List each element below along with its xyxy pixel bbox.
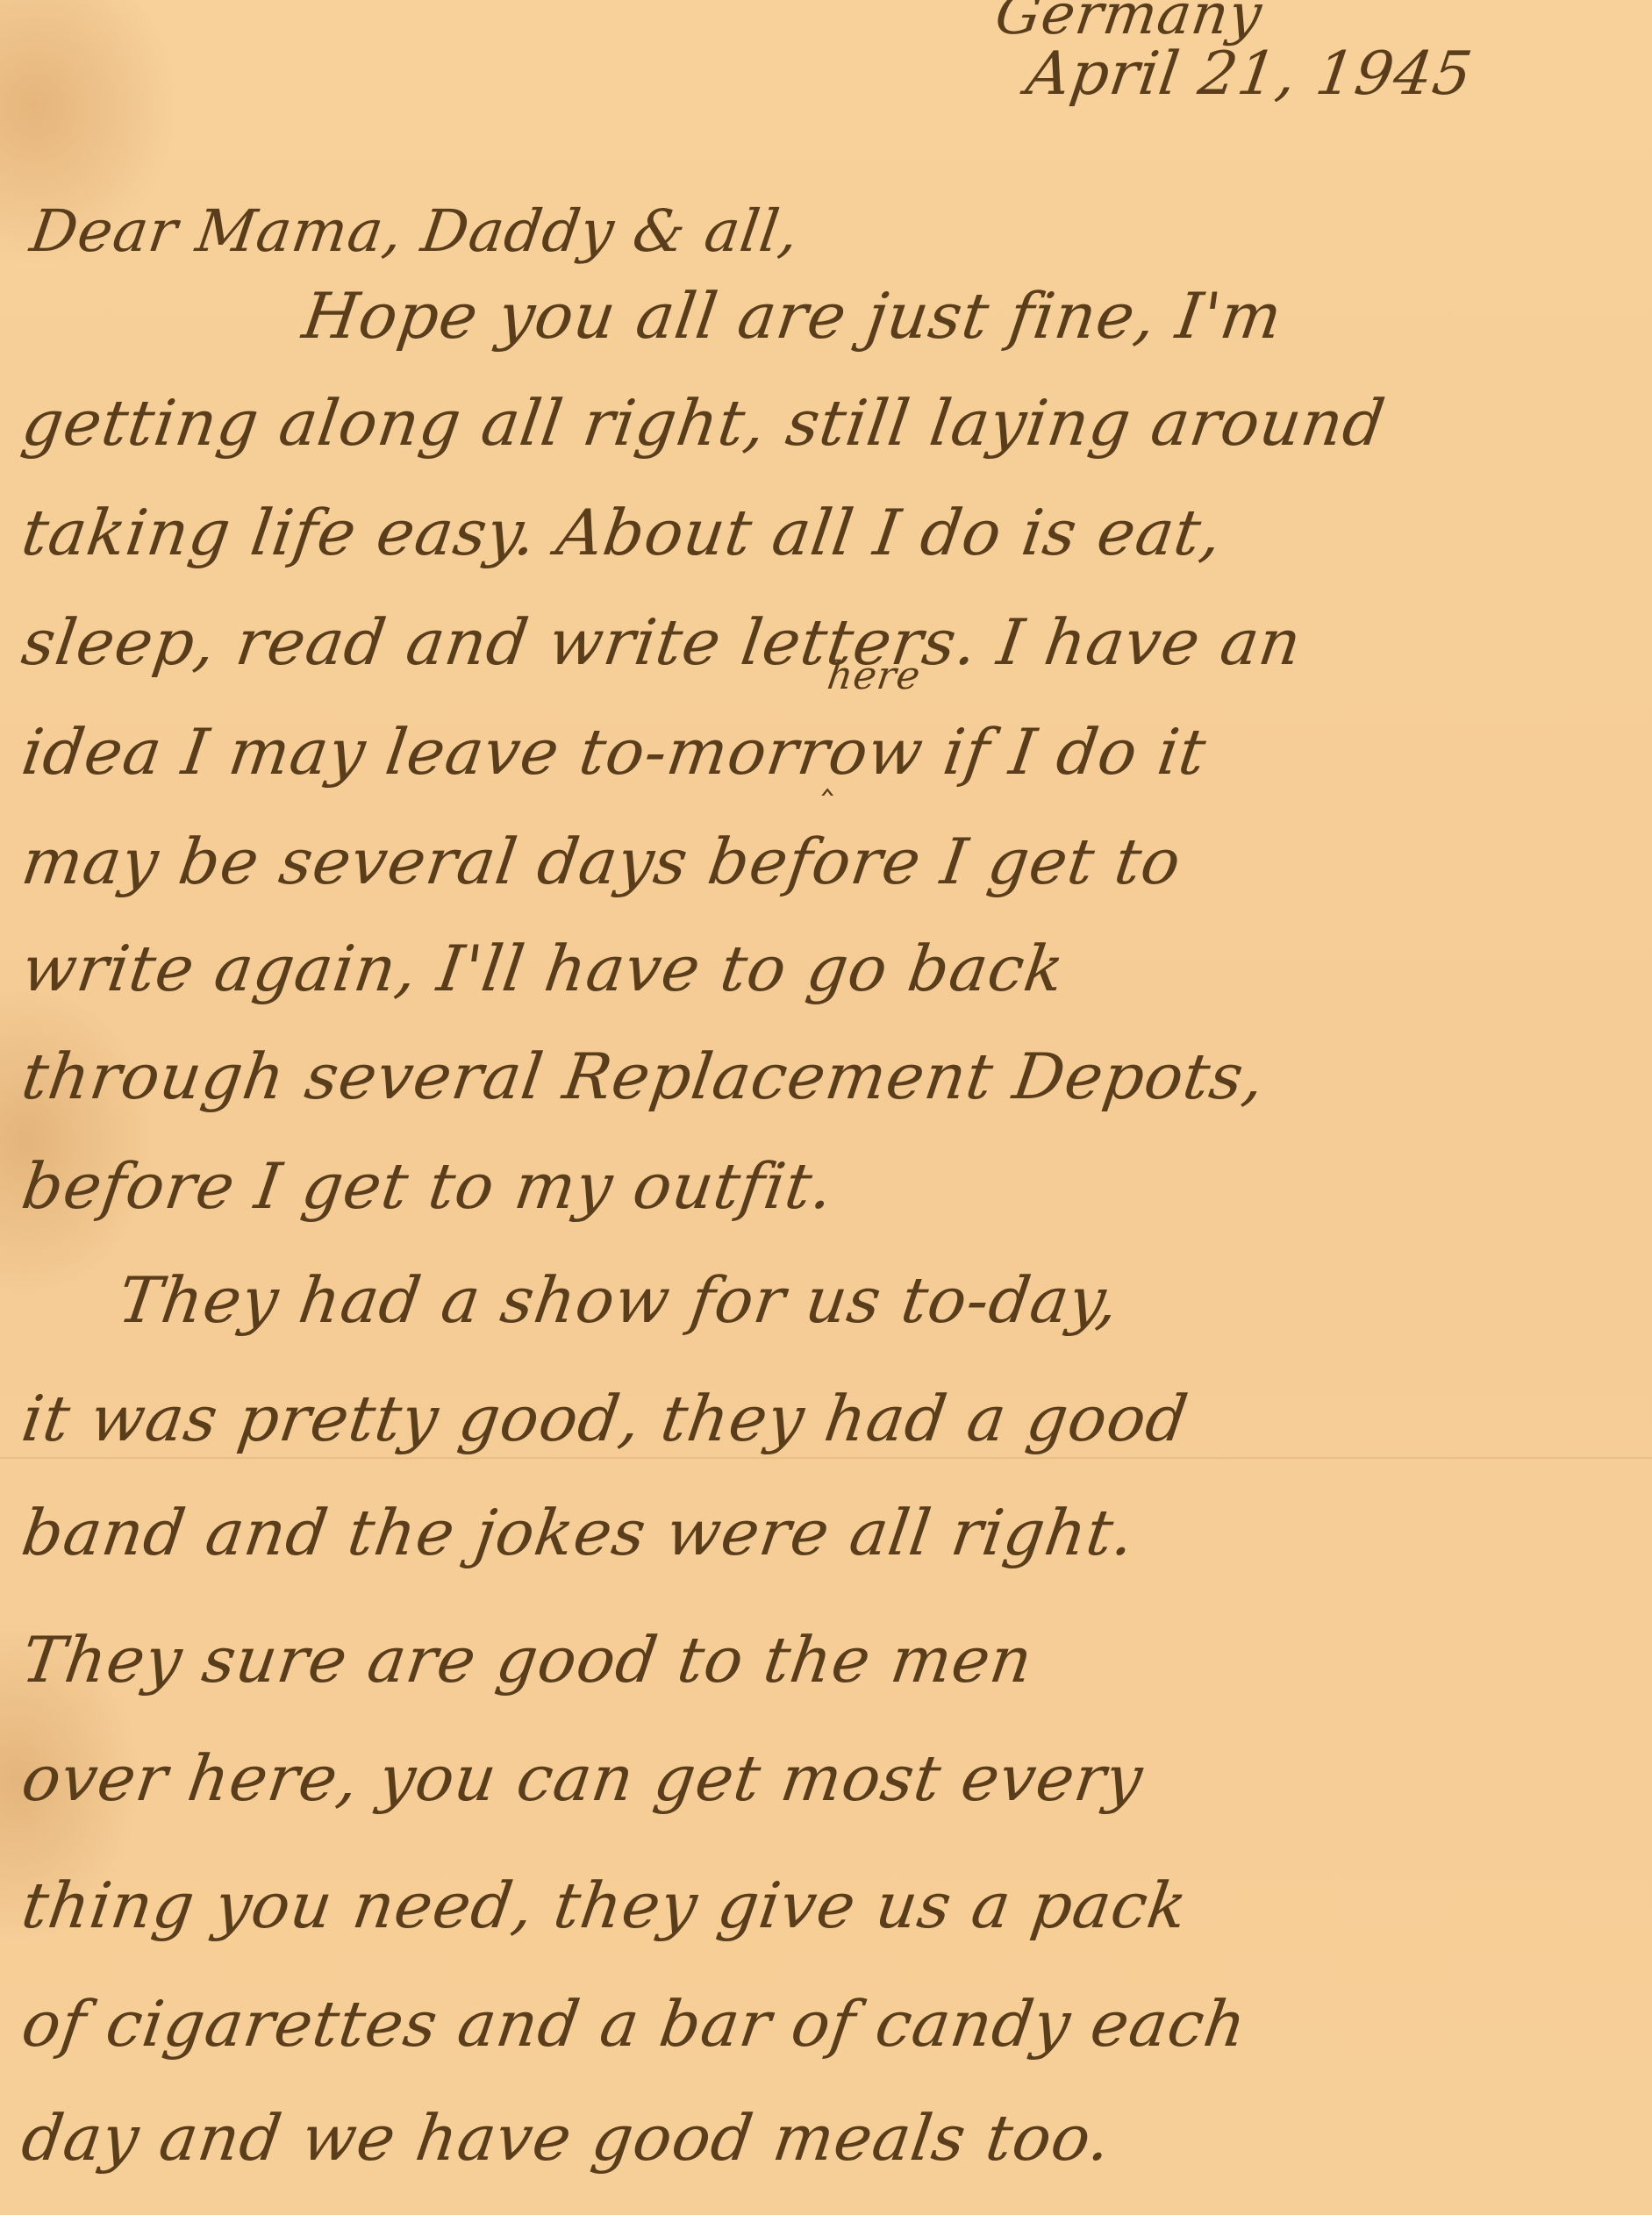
letter-line: over here, you can get most every (18, 1741, 1148, 1815)
letter-line: before I get to my outfit. (18, 1149, 838, 1223)
letter-line: sleep, read and write letters. I have an (18, 605, 1306, 679)
letter-line: idea I may leave to-morrow if I do it (18, 715, 1211, 789)
paper-fold-line (0, 1457, 1652, 1459)
letter-line: They sure are good to the men (18, 1623, 1037, 1697)
letter-line: may be several days before I get to (18, 825, 1186, 898)
letter-line: of cigarettes and a bar of candy each (18, 1987, 1251, 2061)
letter-line: taking life easy. About all I do is eat, (18, 496, 1227, 569)
letter-line: Hope you all are just fine, I'm (298, 279, 1287, 353)
letter-insertion: here (825, 654, 924, 698)
letter-salutation: Dear Mama, Daddy & all, (26, 197, 804, 265)
letter-line: band and the jokes were all right. (18, 1496, 1140, 1569)
letter-date: April 21, 1945 (1022, 39, 1477, 109)
letter-line: thing you need, they give us a pack (18, 1868, 1192, 1942)
letter-line: They had a show for us to-day, (114, 1263, 1124, 1337)
letter-line: day and we have good meals too. (18, 2101, 1116, 2175)
letter-line: it was pretty good, they had a good (18, 1382, 1193, 1455)
letter-line: through several Replacement Depots, (18, 1040, 1269, 1113)
letter-paper: Germany April 21, 1945 Dear Mama, Daddy … (0, 0, 1652, 2215)
letter-line: getting along all right, still laying ar… (18, 386, 1390, 460)
letter-line: write again, I'll have to go back (18, 932, 1069, 1005)
